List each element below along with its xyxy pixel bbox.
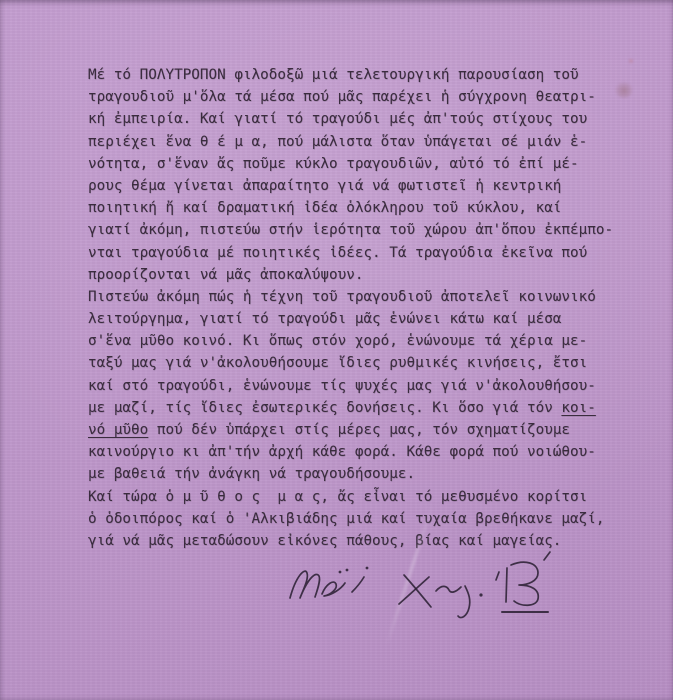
text-line: κή ἐμπειρία. Καί γιατί τό τραγούδι μές ἀ… [88,108,633,130]
text-line: με βαθειά τήν ἀνάγκη νά τραγουδήσουμε. [88,463,633,485]
text-line: Μέ τό ΠΟΛΥΤΡΟΠΟΝ φιλοδοξῶ μιά τελετουργι… [88,64,633,86]
text-line: ταξύ μας γιά ν'ἀκολουθήσουμε ἴδιες ρυθμι… [88,352,633,374]
text-line: καί στό τραγούδι, ἑνώνουμε τίς ψυχές μας… [88,375,633,397]
text-segment: προορίζονται νά μᾶς ἀποκαλύψουν. [88,267,363,283]
paper-smudge [615,82,633,98]
text-line: σ'ἕνα μῦθο κοινό. Κι ὅπως στόν χορό, ἑνώ… [88,330,633,352]
text-segment: πού δέν ὑπάρχει στίς μέρες μας, τόν σχημ… [148,422,570,438]
handwritten-signature [268,546,568,630]
text-segment: καί στό τραγούδι, ἑνώνουμε τίς ψυχές μας… [88,378,596,394]
text-line: καινούργιο κι ἀπ'τήν ἀρχή κάθε φορά. Κάθ… [88,441,633,463]
text-line: ρους θέμα γίνεται ἀπαραίτητο γιά νά φωτι… [88,175,633,197]
text-segment: περιέχει ἕνα θ έ μ α, πού μάλιστα ὅταν ὑ… [88,134,587,150]
text-segment: γιατί ἀκόμη, πιστεύω στήν ἱερότητα τοῦ χ… [88,222,613,238]
scanned-page: Μέ τό ΠΟΛΥΤΡΟΠΟΝ φιλοδοξῶ μιά τελετουργι… [0,0,673,700]
text-segment: ὁ ὁδοιπόρος καί ὁ 'Αλκιβιάδης μιά καί τυ… [88,511,604,527]
text-line: λειτούργημα, γιατί τό τραγούδι μᾶς ἑνώνε… [88,308,633,330]
text-line: ὁ ὁδοιπόρος καί ὁ 'Αλκιβιάδης μιά καί τυ… [88,508,633,530]
text-segment: Πιστεύω ἀκόμη πώς ἡ τέχνη τοῦ τραγουδιοῦ… [88,289,596,305]
paper-stain [627,58,635,64]
text-line: νότητα, σ'ἕναν ἄς ποῦμε κύκλο τραγουδιῶν… [88,153,633,175]
text-line: Καί τώρα ὁ μ ῦ θ ο ς μ α ς, ἄς εἶναι τό … [88,486,633,508]
text-segment: κή ἐμπειρία. Καί γιατί τό τραγούδι μές ἀ… [88,111,587,127]
text-segment: Μέ τό ΠΟΛΥΤΡΟΠΟΝ φιλοδοξῶ μιά τελετουργι… [88,67,579,83]
text-line: περιέχει ἕνα θ έ μ α, πού μάλιστα ὅταν ὑ… [88,131,633,153]
text-line: προορίζονται νά μᾶς ἀποκαλύψουν. [88,264,633,286]
text-block: Μέ τό ΠΟΛΥΤΡΟΠΟΝ φιλοδοξῶ μιά τελετουργι… [88,64,633,552]
text-segment: ρους θέμα γίνεται ἀπαραίτητο γιά νά φωτι… [88,178,561,194]
text-line: ποιητική ἤ καί δραματική ἰδέα ὁλόκληρου … [88,197,633,219]
text-segment: Καί τώρα ὁ μ ῦ θ ο ς μ α ς, ἄς εἶναι τό … [88,489,587,505]
text-segment: ποιητική ἤ καί δραματική ἰδέα ὁλόκληρου … [88,200,561,216]
text-segment: νται τραγούδια μέ ποιητικές ἰδέες. Τά τρ… [88,245,587,261]
text-segment: τραγουδιοῦ μ'ὅλα τά μέσα πού μᾶς παρέχει… [88,89,596,105]
text-line: γιατί ἀκόμη, πιστεύω στήν ἱερότητα τοῦ χ… [88,219,633,241]
text-line: Πιστεύω ἀκόμη πώς ἡ τέχνη τοῦ τραγουδιοῦ… [88,286,633,308]
text-line: νό μῦθο πού δέν ὑπάρχει στίς μέρες μας, … [88,419,633,441]
underlined-text-segment: κοι- [561,400,595,416]
text-line: νται τραγούδια μέ ποιητικές ἰδέες. Τά τρ… [88,242,633,264]
text-segment: λειτούργημα, γιατί τό τραγούδι μᾶς ἑνώνε… [88,311,561,327]
text-segment: σ'ἕνα μῦθο κοινό. Κι ὅπως στόν χορό, ἑνώ… [88,333,587,349]
text-segment: με μαζί, τίς ἴδιες ἐσωτερικές δονήσεις. … [88,400,561,416]
text-segment: με βαθειά τήν ἀνάγκη νά τραγουδήσουμε. [88,466,415,482]
text-segment: νότητα, σ'ἕναν ἄς ποῦμε κύκλο τραγουδιῶν… [88,156,579,172]
text-line: τραγουδιοῦ μ'ὅλα τά μέσα πού μᾶς παρέχει… [88,86,633,108]
underlined-text-segment: νό μῦθο [88,422,148,438]
text-segment: ταξύ μας γιά ν'ἀκολουθήσουμε ἴδιες ρυθμι… [88,355,587,371]
text-line: με μαζί, τίς ἴδιες ἐσωτερικές δονήσεις. … [88,397,633,419]
text-segment: καινούργιο κι ἀπ'τήν ἀρχή κάθε φορά. Κάθ… [88,444,596,460]
